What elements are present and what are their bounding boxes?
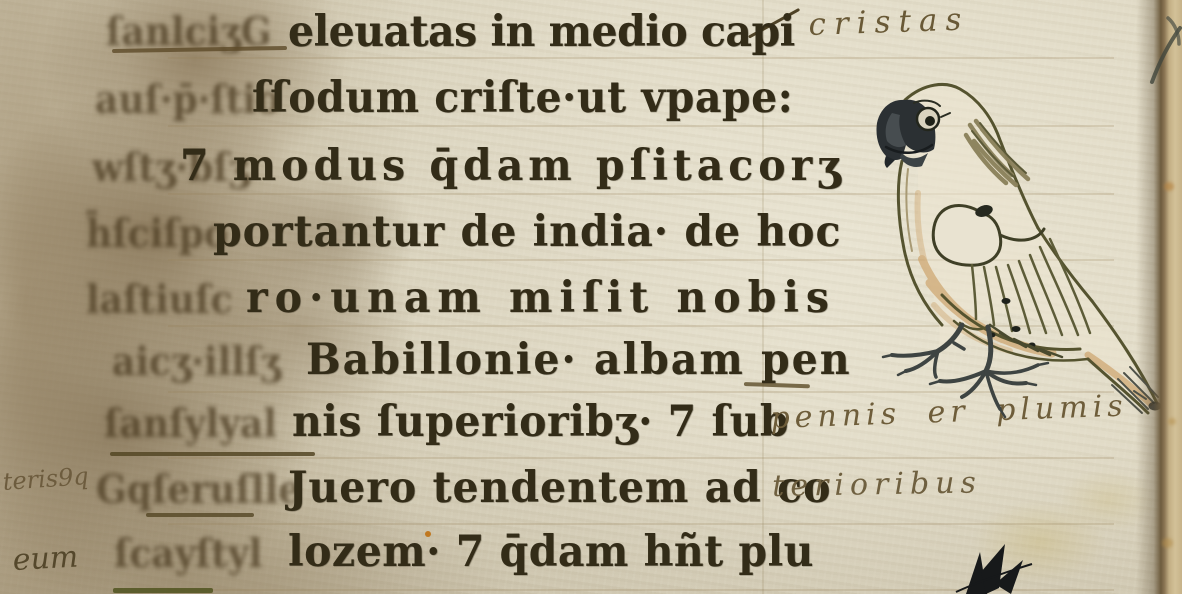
text-line-7: nis ſuperioribʒ· 7 ſub	[292, 400, 789, 443]
margin-word-lower: eum	[12, 543, 79, 576]
text-line-2: ſſodum criſte·ut vpape:	[252, 76, 793, 119]
page-edge-marks	[1148, 12, 1182, 88]
ruling-line	[168, 457, 1114, 459]
tail-tip	[1149, 402, 1162, 411]
faded-text: Gqſeruſlle	[96, 470, 301, 510]
gloss-terioribus: terioribus	[772, 468, 982, 502]
text-line-5: ro·unam miſit nobis	[246, 276, 836, 319]
ink-underline	[146, 513, 254, 517]
edge-stain-speck	[1162, 538, 1173, 548]
faded-text: aicʒ·illſʒ	[112, 342, 281, 382]
text-line-6: Babillonie· albam pen	[306, 338, 852, 381]
ruling-line	[168, 523, 1114, 525]
text-line-1: eleuatas in medio capi	[288, 10, 795, 53]
parrot-legs	[883, 325, 1048, 417]
manuscript-page: ſanlciʒG auſ·p̄·ſtio wſtʒ·bſʒ h̄ſciſpo l…	[0, 0, 1182, 594]
parrot-drawing	[842, 73, 1172, 418]
edge-stain-speck	[1164, 182, 1174, 191]
faded-text: ſanſylyal	[104, 404, 277, 444]
ruling-line	[168, 57, 1114, 59]
text-line-8: Juero tendentem ad co	[288, 466, 831, 509]
faded-text: laſtiuſc	[86, 280, 232, 320]
edge-mark	[1152, 28, 1180, 82]
feather-tips-drawing	[948, 544, 1034, 594]
text-line-4: portantur de india· de hoc	[213, 210, 841, 253]
text-line-9: lozem· 7 q̄dam hñt plu	[288, 530, 814, 573]
gloss-cristas: cristas	[808, 4, 970, 41]
faded-text: h̄ſciſpo	[86, 214, 228, 254]
margin-word-upper: teris9q	[2, 464, 89, 494]
edge-stain-speck	[1168, 418, 1176, 425]
text-line-3: 7 modus q̄dam pſitacorʒ	[180, 144, 846, 187]
ink-underline	[113, 588, 213, 593]
ink-underline	[110, 452, 315, 456]
faded-text: ſcayſtyl	[114, 534, 262, 574]
